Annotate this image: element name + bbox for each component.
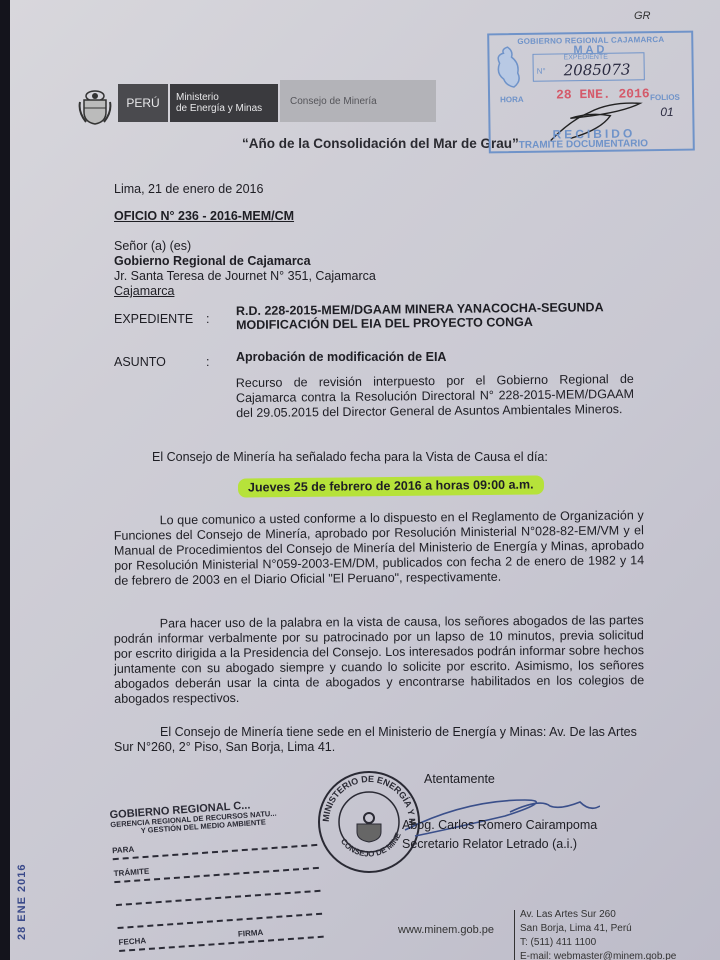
signer-title: Secretario Relator Letrado (a.i.) [402, 837, 577, 852]
stamp-number-label: N° [537, 67, 546, 76]
recipient-name: Gobierno Regional de Cajamarca [114, 254, 376, 269]
routing-field-blank2 [117, 901, 322, 929]
peru-logo: PERÚ [118, 84, 168, 122]
council-label: Consejo de Minería [290, 96, 377, 107]
stamp-file-box: EXPEDIENTE N° 2085073 [532, 52, 644, 82]
recipient-block: Señor (a) (es) Gobierno Regional de Caja… [114, 239, 376, 299]
place-date: Lima, 21 de enero de 2016 [114, 182, 263, 197]
footer-website[interactable]: www.minem.gob.pe [398, 924, 494, 936]
year-motto: “Año de la Consolidación del Mar de Grau… [242, 136, 519, 151]
stamp-department: TRAMITE DOCUMENTARIO [519, 138, 648, 151]
paragraph-venue: El Consejo de Minería tiene sede en el M… [114, 725, 644, 755]
coat-of-arms-icon [78, 88, 112, 126]
routing-field-tramite: TRÁMITE [113, 855, 318, 883]
council-logo: Consejo de Minería [280, 80, 436, 122]
salutation: Señor (a) (es) [114, 239, 376, 254]
expediente-colon: : [206, 312, 209, 326]
ministry-line1: Ministerio [176, 92, 278, 103]
ministry-line2: de Energía y Minas [176, 103, 278, 114]
side-date-stamp: 28 ENE 2016 [16, 864, 28, 940]
hearing-date: Jueves 25 de febrero de 2016 a horas 09:… [238, 475, 544, 497]
routing-field-date-sign: FECHA FIRMA [118, 924, 323, 952]
ministry-logo: Ministerio de Energía y Minas [170, 84, 278, 122]
routing-field-para: PARA [112, 832, 317, 860]
region-map-icon [495, 45, 526, 89]
stamp-pages-label: FOLIOS [650, 93, 680, 102]
handwritten-note: GR [634, 10, 651, 22]
stamp-time-label: HORA [500, 95, 524, 104]
closing: Atentamente [424, 772, 495, 787]
signer-name: Abog. Carlos Romero Cairampoma [402, 818, 597, 833]
paragraph-hearing-rules: Para hacer uso de la palabra en la vista… [114, 613, 645, 707]
recipient-city: Cajamarca [114, 284, 376, 299]
reception-stamp: GOBIERNO REGIONAL CAJAMARCA MAD EXPEDIEN… [487, 31, 695, 154]
paragraph-legal-basis: Lo que comunico a usted conforme a lo di… [114, 508, 645, 589]
recipient-address: Jr. Santa Teresa de Journet N° 351, Caja… [114, 269, 376, 284]
routing-field-firma: FIRMA [238, 928, 264, 942]
asunto-detail: Recurso de revisión interpuesto por el G… [236, 372, 634, 421]
expediente-label: EXPEDIENTE [114, 312, 193, 326]
footer-address-line2: San Borja, Lima 41, Perú [520, 922, 676, 936]
hearing-intro: El Consejo de Minería ha señalado fecha … [152, 450, 548, 465]
document-reference: OFICIO N° 236 - 2016-MEM/CM [114, 209, 294, 224]
document-page: PERÚ Ministerio de Energía y Minas Conse… [10, 0, 720, 960]
routing-field-fecha: FECHA [118, 936, 146, 950]
asunto-value: Aprobación de modificación de EIA [236, 350, 446, 365]
stamp-file-number: 2085073 [564, 60, 631, 79]
asunto-label: ASUNTO [114, 355, 166, 369]
footer-phone: T: (511) 411 1100 [520, 936, 676, 950]
expediente-value: R.D. 228-2015-MEM/DGAAM MINERA YANACOCHA… [236, 300, 636, 332]
asunto-colon: : [206, 355, 209, 369]
routing-field-blank1 [115, 878, 320, 906]
country-label: PERÚ [126, 96, 159, 110]
footer-email[interactable]: E-mail: webmaster@minem.gob.pe [520, 950, 676, 960]
stamp-pages: 01 [660, 105, 674, 119]
routing-stamp: GOBIERNO REGIONAL C... GERENCIA REGIONAL… [109, 795, 323, 952]
footer-address-line1: Av. Las Artes Sur 260 [520, 908, 676, 922]
footer-divider [514, 910, 515, 960]
footer-address: Av. Las Artes Sur 260 San Borja, Lima 41… [520, 908, 676, 960]
